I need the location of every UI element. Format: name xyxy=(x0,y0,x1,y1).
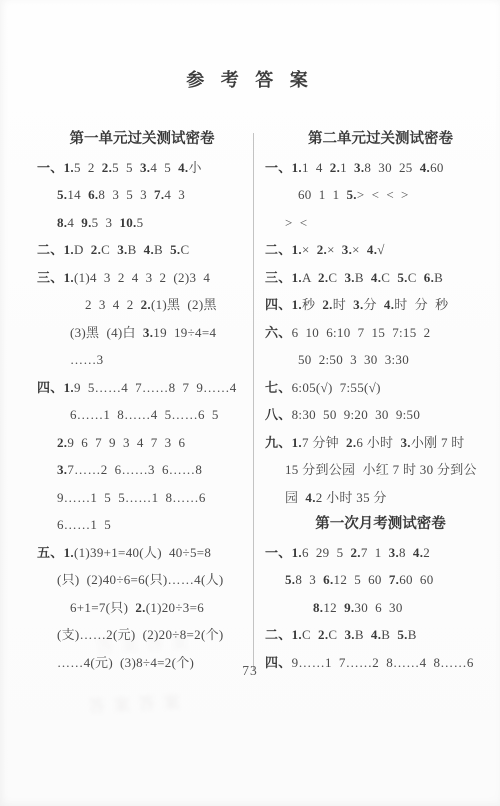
answer-line: 园 4.2 小时 35 分 xyxy=(265,484,496,512)
answer-line: 七、6:05(√) 7:55(√) xyxy=(265,374,496,402)
answer-item-number: 8. xyxy=(313,600,323,615)
answer-item-number: 2. xyxy=(330,160,340,175)
answer-item-number: 1. xyxy=(64,545,74,560)
answer-item-number: 6. xyxy=(424,270,434,285)
answer-text: 8 30 25 xyxy=(364,160,419,175)
answer-item-number: 九、 xyxy=(265,435,292,450)
answer-line: 3.7……2 6……3 6……8 xyxy=(37,456,247,484)
answer-item-number: 5. xyxy=(397,270,407,285)
answer-text: 8 3 5 3 xyxy=(98,187,154,202)
answer-text: 6 29 5 xyxy=(302,545,351,560)
answer-text: 时 分 秒 xyxy=(394,297,448,312)
answer-item-number: 3. xyxy=(342,242,352,257)
answer-item-number: 4. xyxy=(420,160,430,175)
answer-line: 二、1.× 2.× 3.× 4.√ xyxy=(265,236,496,264)
answer-line: > < xyxy=(265,209,496,237)
answer-item-number: 3. xyxy=(344,627,354,642)
answer-text: C xyxy=(180,242,189,257)
answer-line: 9……1 5 5……1 8……6 xyxy=(37,484,247,512)
column-left: 第一单元过关测试密卷一、1.5 2 2.5 5 3.4 5 4.小5.14 6.… xyxy=(0,126,252,676)
answer-text: (1)20÷3=6 xyxy=(146,600,204,615)
answer-text: 60 60 xyxy=(399,572,433,587)
answer-item-number: 2. xyxy=(346,435,356,450)
answer-item-number: 1. xyxy=(64,270,74,285)
answer-line: 6……1 8……4 5……6 5 xyxy=(37,401,247,429)
answer-line: 5.14 6.8 3 5 3 7.4 3 xyxy=(37,181,247,209)
answer-item-number: 5. xyxy=(170,242,180,257)
answer-item-number: 3. xyxy=(400,435,410,450)
answer-line: 15 分到公园 小红 7 时 30 分到公 xyxy=(265,456,496,484)
answer-text: 4 3 xyxy=(164,187,185,202)
answer-text: 2 小时 35 分 xyxy=(316,490,387,505)
answer-item-number: 3. xyxy=(344,270,354,285)
answer-line: 四、1.秒 2.时 3.分 4.时 分 秒 xyxy=(265,291,496,319)
answer-text: B xyxy=(154,242,170,257)
answer-item-number: 一、 xyxy=(265,160,292,175)
section-title: 第二单元过关测试密卷 xyxy=(265,126,496,154)
answer-text: 2 xyxy=(423,545,430,560)
answer-text: 6……1 5 xyxy=(57,517,111,532)
answer-item-number: 4. xyxy=(178,160,188,175)
answer-item-number: 5. xyxy=(285,572,295,587)
answer-line: 三、1.A 2.C 3.B 4.C 5.C 6.B xyxy=(265,264,496,292)
answer-text: 12 5 60 xyxy=(334,572,389,587)
answer-text: D xyxy=(74,242,91,257)
answer-item-number: 八、 xyxy=(265,407,292,422)
answer-item-number: 6. xyxy=(88,187,98,202)
answer-line: 八、8:30 50 9:20 30 9:50 xyxy=(265,401,496,429)
answer-text: (只) (2)40÷6=6(只)……4(人) xyxy=(57,572,224,587)
answer-item-number: 5. xyxy=(57,187,67,202)
answer-item-number: 七、 xyxy=(265,380,292,395)
answer-text: 小 xyxy=(188,160,201,175)
answer-text: 6 小时 xyxy=(356,435,400,450)
answer-item-number: 4. xyxy=(305,490,315,505)
answer-item-number: 7. xyxy=(389,572,399,587)
answer-text: 9 6 7 9 3 4 7 3 6 xyxy=(67,435,185,450)
answer-item-number: 7. xyxy=(154,187,164,202)
answer-text: × xyxy=(302,242,317,257)
answer-text: 6 10 6:10 7 15 7:15 2 xyxy=(292,325,431,340)
answer-text: 1 4 xyxy=(302,160,330,175)
answer-text: 14 xyxy=(67,187,88,202)
answer-line: 一、1.5 2 2.5 5 3.4 5 4.小 xyxy=(37,154,247,182)
answer-text: (支)……2(元) (2)20÷8=2(个) xyxy=(57,627,224,642)
answer-text: B xyxy=(381,627,397,642)
answer-item-number: 3. xyxy=(117,242,127,257)
answer-text: 7 分钟 xyxy=(302,435,346,450)
answer-item-number: 四、 xyxy=(265,297,292,312)
answer-text: B xyxy=(355,627,371,642)
answer-line: 60 1 1 5.> < < > xyxy=(265,181,496,209)
answer-text: 8 3 xyxy=(295,572,323,587)
answer-item-number: 3. xyxy=(354,160,364,175)
answer-text: 4 xyxy=(67,215,81,230)
answer-text: 时 xyxy=(333,297,353,312)
answer-text: B xyxy=(128,242,144,257)
answer-item-number: 2. xyxy=(135,600,145,615)
answer-item-number: 2. xyxy=(317,242,327,257)
answer-item-number: 2. xyxy=(322,297,332,312)
answer-line: 九、1.7 分钟 2.6 小时 3.小刚 7 时 xyxy=(265,429,496,457)
answer-text: (3)黑 (4)白 xyxy=(70,325,143,340)
answer-text: > < < > xyxy=(357,187,409,202)
answer-text: A xyxy=(302,270,318,285)
column-right: 第二单元过关测试密卷一、1.1 4 2.1 3.8 30 25 4.6060 1… xyxy=(252,126,500,676)
watermark: 答案答案 xyxy=(87,687,188,717)
answer-text: C xyxy=(101,242,117,257)
answer-item-number: 3. xyxy=(389,545,399,560)
answer-item-number: 4. xyxy=(413,545,423,560)
answer-item-number: 2. xyxy=(141,297,151,312)
answer-text: 6:05(√) 7:55(√) xyxy=(292,380,381,395)
answer-item-number: 4. xyxy=(371,627,381,642)
answer-item-number: 4. xyxy=(144,242,154,257)
answer-line: (支)……2(元) (2)20÷8=2(个) xyxy=(37,621,247,649)
answer-line: 6……1 5 xyxy=(37,511,247,539)
answer-text: 4 5 xyxy=(150,160,178,175)
answer-line: 一、1.1 4 2.1 3.8 30 25 4.60 xyxy=(265,154,496,182)
answer-line: 8.12 9.30 6 30 xyxy=(265,594,496,622)
answer-text: (1)黑 (2)黑 xyxy=(151,297,217,312)
answer-item-number: 10. xyxy=(119,215,136,230)
answer-item-number: 1. xyxy=(292,545,302,560)
answer-text: 30 6 30 xyxy=(354,600,402,615)
answer-text: ……3 xyxy=(70,352,103,367)
answer-line: 8.4 9.5 3 10.5 xyxy=(37,209,247,237)
answer-item-number: 1. xyxy=(64,380,74,395)
answer-item-number: 三、 xyxy=(265,270,292,285)
page-title: 参 考 答 案 xyxy=(0,66,500,92)
answer-line: 5.8 3 6.12 5 60 7.60 60 xyxy=(265,566,496,594)
answer-item-number: 二、 xyxy=(265,627,292,642)
answer-item-number: 三、 xyxy=(37,270,64,285)
answer-line: 2.9 6 7 9 3 4 7 3 6 xyxy=(37,429,247,457)
answer-text: (1)39+1=40(人) 40÷5=8 xyxy=(74,545,211,560)
answer-text: 5 5 xyxy=(112,160,140,175)
answer-text: B xyxy=(355,270,371,285)
answer-text: × xyxy=(327,242,342,257)
answer-item-number: 9. xyxy=(344,600,354,615)
answer-line: ……3 xyxy=(37,346,247,374)
answer-item-number: 一、 xyxy=(37,160,64,175)
answer-item-number: 3. xyxy=(140,160,150,175)
answer-item-number: 2. xyxy=(57,435,67,450)
answer-text: C xyxy=(328,270,344,285)
answer-text: 分 xyxy=(364,297,384,312)
answer-item-number: 2. xyxy=(102,160,112,175)
answer-text: 园 xyxy=(285,490,305,505)
section-title: 第一次月考测试密卷 xyxy=(265,511,496,539)
answer-line: 50 2:50 3 30 3:30 xyxy=(265,346,496,374)
answer-text: 7 1 xyxy=(361,545,389,560)
answer-item-number: 二、 xyxy=(37,242,64,257)
answer-text: 7……2 6……3 6……8 xyxy=(67,462,202,477)
answer-item-number: 2. xyxy=(350,545,360,560)
answer-item-number: 二、 xyxy=(265,242,292,257)
answer-text: 1 xyxy=(340,160,354,175)
answer-text: C xyxy=(408,270,424,285)
answer-text: C xyxy=(328,627,344,642)
answer-text: 6+1=7(只) xyxy=(70,600,135,615)
answer-item-number: 1. xyxy=(292,160,302,175)
answer-line: 6+1=7(只) 2.(1)20÷3=6 xyxy=(37,594,247,622)
page-number: 73 xyxy=(0,663,500,679)
answer-item-number: 2. xyxy=(91,242,101,257)
answer-item-number: 4. xyxy=(367,242,377,257)
answer-item-number: 1. xyxy=(292,297,302,312)
answer-text: 50 2:50 3 30 3:30 xyxy=(298,352,409,367)
answer-text: C xyxy=(381,270,397,285)
answer-item-number: 6. xyxy=(323,572,333,587)
answer-item-number: 8. xyxy=(57,215,67,230)
columns-container: 第一单元过关测试密卷一、1.5 2 2.5 5 3.4 5 4.小5.14 6.… xyxy=(0,126,500,676)
answer-text: × xyxy=(352,242,367,257)
answer-text: 2 3 4 2 xyxy=(85,297,141,312)
answer-item-number: 9. xyxy=(81,215,91,230)
answer-text: 60 xyxy=(430,160,444,175)
answer-text: 12 xyxy=(323,600,344,615)
answer-text: 60 1 1 xyxy=(298,187,347,202)
answer-item-number: 3. xyxy=(57,462,67,477)
answer-item-number: 1. xyxy=(292,627,302,642)
answer-item-number: 5. xyxy=(397,627,407,642)
answer-item-number: 4. xyxy=(371,270,381,285)
answer-line: (3)黑 (4)白 3.19 19÷4=4 xyxy=(37,319,247,347)
answer-item-number: 六、 xyxy=(265,325,292,340)
answer-key-page: 参 考 答 案 第一单元过关测试密卷一、1.5 2 2.5 5 3.4 5 4.… xyxy=(0,0,500,806)
section-title: 第一单元过关测试密卷 xyxy=(37,126,247,154)
answer-text: > < xyxy=(285,215,307,230)
answer-item-number: 四、 xyxy=(37,380,64,395)
answer-text: 15 分到公园 小红 7 时 30 分到公 xyxy=(285,462,477,477)
answer-text: 8:30 50 9:20 30 9:50 xyxy=(292,407,421,422)
answer-item-number: 3. xyxy=(353,297,363,312)
answer-text: 秒 xyxy=(302,297,322,312)
answer-item-number: 4. xyxy=(384,297,394,312)
answer-text: √ xyxy=(377,242,384,257)
answer-text: 8 xyxy=(399,545,413,560)
answer-text: 19 19÷4=4 xyxy=(153,325,216,340)
answer-text: 9 5……4 7……8 7 9……4 xyxy=(74,380,237,395)
answer-item-number: 5. xyxy=(347,187,357,202)
answer-item-number: 1. xyxy=(64,160,74,175)
answer-line: 一、1.6 29 5 2.7 1 3.8 4.2 xyxy=(265,539,496,567)
answer-line: 2 3 4 2 2.(1)黑 (2)黑 xyxy=(37,291,247,319)
answer-line: 二、1.C 2.C 3.B 4.B 5.B xyxy=(265,621,496,649)
answer-item-number: 1. xyxy=(292,435,302,450)
answer-item-number: 一、 xyxy=(265,545,292,560)
answer-text: B xyxy=(408,627,417,642)
answer-line: 四、1.9 5……4 7……8 7 9……4 xyxy=(37,374,247,402)
answer-item-number: 3. xyxy=(143,325,153,340)
answer-item-number: 五、 xyxy=(37,545,64,560)
answer-line: 三、1.(1)4 3 2 4 3 2 (2)3 4 xyxy=(37,264,247,292)
answer-text: C xyxy=(302,627,318,642)
answer-text: 5 3 xyxy=(92,215,120,230)
answer-line: 六、6 10 6:10 7 15 7:15 2 xyxy=(265,319,496,347)
answer-item-number: 1. xyxy=(64,242,74,257)
answer-text: 5 xyxy=(137,215,144,230)
answer-text: 6……1 8……4 5……6 5 xyxy=(70,407,219,422)
answer-text: (1)4 3 2 4 3 2 (2)3 4 xyxy=(74,270,210,285)
answer-line: (只) (2)40÷6=6(只)……4(人) xyxy=(37,566,247,594)
answer-text: B xyxy=(434,270,443,285)
answer-text: 9……1 5 5……1 8……6 xyxy=(57,490,206,505)
answer-item-number: 1. xyxy=(292,270,302,285)
answer-item-number: 2. xyxy=(318,627,328,642)
answer-text: 5 2 xyxy=(74,160,102,175)
answer-line: 五、1.(1)39+1=40(人) 40÷5=8 xyxy=(37,539,247,567)
answer-item-number: 2. xyxy=(318,270,328,285)
answer-text: 小刚 7 时 xyxy=(411,435,465,450)
answer-line: 二、1.D 2.C 3.B 4.B 5.C xyxy=(37,236,247,264)
answer-item-number: 1. xyxy=(292,242,302,257)
